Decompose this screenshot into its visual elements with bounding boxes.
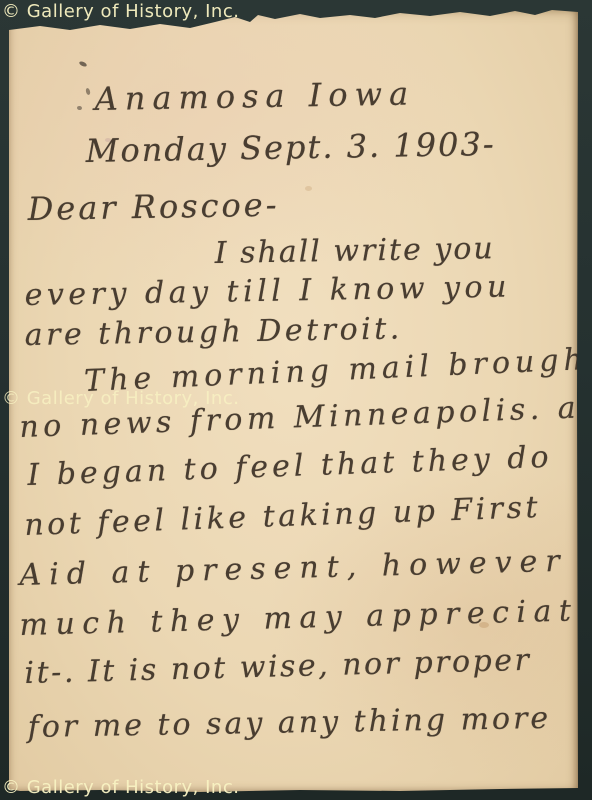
handwriting-line: Aid at present, however: [19, 544, 568, 593]
ink-smudge: [85, 88, 91, 96]
handwriting-line-place: Anamosa Iowa: [94, 74, 415, 118]
handwriting-line: it-. It is not wise, nor proper: [24, 643, 532, 691]
handwriting-line: every day till I know you: [24, 270, 511, 313]
handwriting-line: are through Detroit.: [24, 311, 403, 353]
handwriting-line: I began to feel that they do: [27, 440, 553, 493]
handwriting-line: much they may appreciate: [19, 593, 592, 643]
watermark-top: © Gallery of History, Inc.: [2, 1, 239, 22]
ink-smudge: [77, 106, 83, 111]
handwriting-line: for me to say any thing more: [27, 701, 551, 745]
foxing-spot: [305, 186, 312, 191]
letter-paper: Anamosa Iowa Monday Sept. 3. 1903- Dear …: [9, 10, 578, 792]
handwriting-line: not feel like taking up First: [24, 490, 542, 543]
handwriting-line: I shall write you: [214, 231, 495, 271]
handwriting-line-date: Monday Sept. 3. 1903-: [85, 125, 496, 170]
scanned-letter-photo: Anamosa Iowa Monday Sept. 3. 1903- Dear …: [0, 0, 592, 800]
handwriting-line-salutation: Dear Roscoe-: [27, 186, 279, 228]
ink-smudge: [79, 60, 88, 67]
